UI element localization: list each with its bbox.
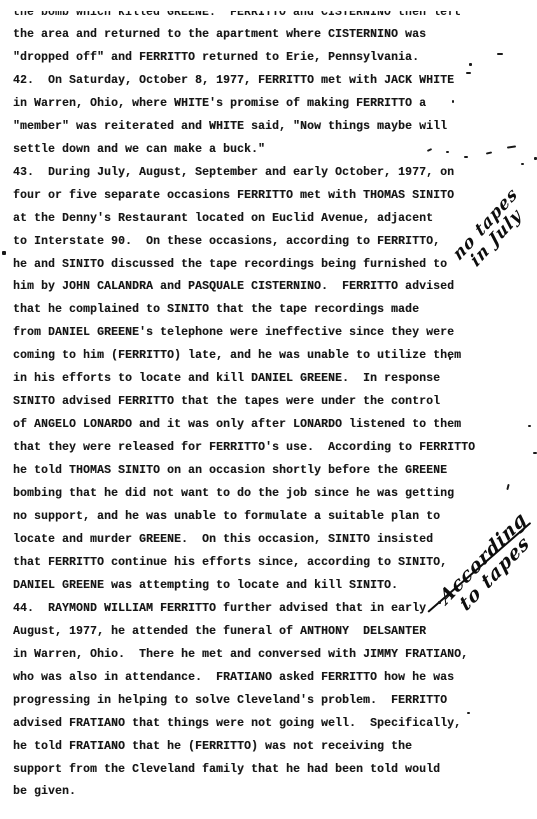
clipped-first-line: the bomb which killed GREENE. FERRITTO a… [13, 11, 513, 19]
clipped-first-line-text: the bomb which killed GREENE. FERRITTO a… [13, 11, 513, 19]
scan-artifact [507, 145, 516, 148]
scan-artifact [506, 484, 509, 490]
scan-artifact [486, 151, 492, 154]
scan-artifact [466, 72, 471, 74]
scan-artifact [467, 712, 470, 714]
scan-artifact [497, 53, 503, 55]
scan-artifact [521, 163, 524, 165]
scan-artifact [446, 151, 449, 153]
scan-artifact [464, 156, 468, 158]
document-page: the bomb which killed GREENE. FERRITTO a… [0, 0, 537, 819]
scan-artifact [533, 452, 537, 454]
scan-artifact [449, 357, 451, 360]
scan-artifact [2, 251, 6, 255]
typewritten-body-text: the area and returned to the apartment w… [13, 24, 475, 804]
scan-artifact [469, 63, 472, 66]
scan-artifact [528, 425, 531, 427]
scan-artifact [438, 601, 441, 604]
scan-artifact [452, 100, 454, 103]
